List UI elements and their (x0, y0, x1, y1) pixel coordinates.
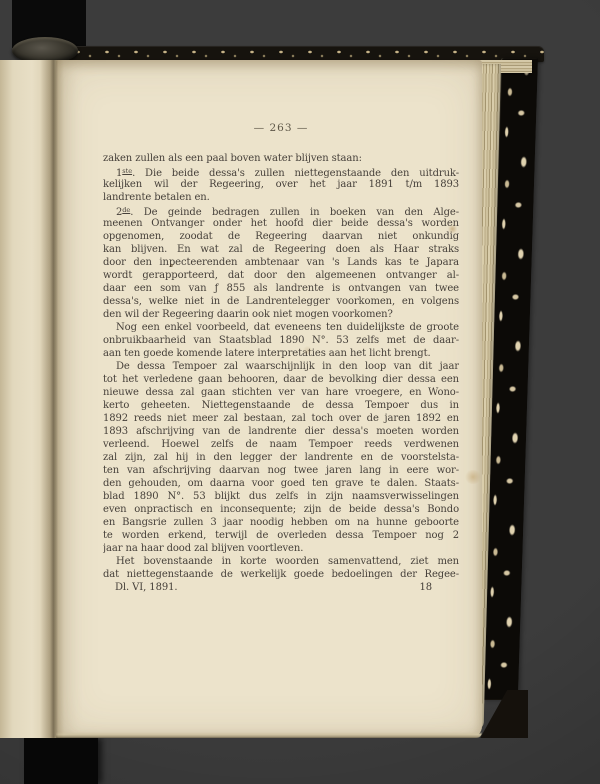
text-line: landrente betalen en. (103, 191, 459, 204)
text-block: zaken zullen als een paal boven water bl… (103, 152, 459, 581)
signature-number: 18 (419, 581, 432, 594)
text-line: den wil der Regeering daarin ook niet mo… (103, 308, 459, 321)
text-line: onbruikbaarheid van Staatsblad 1890 N°. … (103, 334, 459, 347)
text-line: kelijken wil der Regeering, over het jaa… (103, 178, 459, 191)
text-line: De dessa Tempoer zal waarschijnlijk in d… (103, 360, 459, 373)
page-footer: Dl. VI, 1891. 18 (103, 581, 459, 594)
paragraph: 1ste. Die beide dessa's zullen niettegen… (103, 165, 459, 204)
text-line: 1ste. Die beide dessa's zullen niettegen… (103, 165, 459, 178)
text-line: verleend. Hoewel zelfs de naam Tempoer r… (103, 438, 459, 451)
text-line: zaken zullen als een paal boven water bl… (103, 152, 459, 165)
text-line: opgenomen, zoodat de Regeering daarvan n… (103, 230, 459, 243)
volume-note: Dl. VI, 1891. (115, 581, 177, 594)
text-line: even onpractisch en inconsequente; zijn … (103, 503, 459, 516)
book-scan-scene: — 263 — zaken zullen als een paal boven … (0, 0, 600, 784)
text-line: dessa's, welke niet in de Landrentelegge… (103, 295, 459, 308)
text-line: jaar na haar dood zal blijven voortleven… (103, 542, 459, 555)
paragraph: Nog een enkel voorbeeld, dat eveneens te… (103, 321, 459, 360)
text-line: kerto geheeten. Niettegenstaande de dess… (103, 399, 459, 412)
text-line: zal zijn, zal hij in den legger der land… (103, 451, 459, 464)
text-line: 2de. De geinde bedragen zullen in boeken… (103, 204, 459, 217)
text-line: dat niettegenstaande de werkelijk goede … (103, 568, 459, 581)
text-line: en Bangsrie zullen 3 jaar noodig hebben … (103, 516, 459, 529)
text-line: aan ten goede komende latere interpretat… (103, 347, 459, 360)
gutter-shadow (40, 60, 64, 738)
text-line: te worden erkend, terwijl de overleden d… (103, 529, 459, 542)
text-line: daar een som van ƒ 855 als landrente is … (103, 282, 459, 295)
text-line: Het bovenstaande in korte woorden samenv… (103, 555, 459, 568)
text-column: zaken zullen als een paal boven water bl… (103, 152, 459, 594)
book-page: — 263 — zaken zullen als een paal boven … (56, 60, 482, 738)
text-line: Nog een enkel voorbeeld, dat eveneens te… (103, 321, 459, 334)
text-line: ten van afschrijving daarvan nog twee ja… (103, 464, 459, 477)
paragraph: 2de. De geinde bedragen zullen in boeken… (103, 204, 459, 321)
text-line: den gehouden, om daarna voor goed ten gr… (103, 477, 459, 490)
text-line: tot het verledene gaan behooren, daar de… (103, 373, 459, 386)
text-line: 1893 afschrijving van de landrente dier … (103, 425, 459, 438)
text-line: door den inpecteerenden ambtenaar van 's… (103, 256, 459, 269)
paragraph: De dessa Tempoer zal waarschijnlijk in d… (103, 360, 459, 555)
text-line: blad 1890 N°. 53 blijkt dus zelfs in zij… (103, 490, 459, 503)
spine-bottom-shadow (24, 738, 98, 784)
bottom-page-edge (56, 732, 482, 738)
text-line: meenen Ontvanger onder het hoofd dier be… (103, 217, 459, 230)
page-number: — 263 — (103, 122, 459, 134)
text-line: wordt gerapporteerd, dat door den algeme… (103, 269, 459, 282)
foxing-spot (464, 470, 482, 484)
text-line: 1892 reeds niet meer zal bestaan, zal to… (103, 412, 459, 425)
text-line: nieuwe dessa zal gaan stichten ver van h… (103, 386, 459, 399)
paragraph: Het bovenstaande in korte woorden samenv… (103, 555, 459, 581)
text-line: kan blijven. En wat zal de Regeering doe… (103, 243, 459, 256)
paragraph: zaken zullen als een paal boven water bl… (103, 152, 459, 165)
